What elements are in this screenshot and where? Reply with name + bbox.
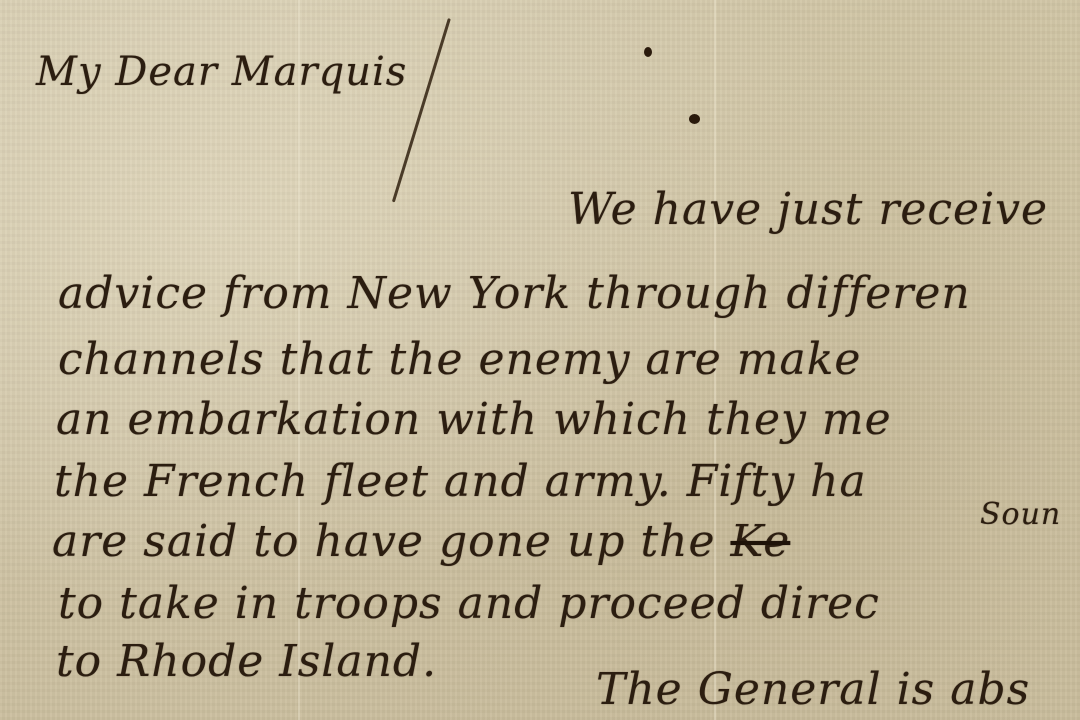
letter-line-7: to take in troops and proceed direc: [58, 582, 880, 626]
letter-page: My Dear Marquis We have just receive adv…: [0, 0, 1080, 720]
struck-through-word: Ke: [731, 516, 791, 567]
ink-spot: [644, 47, 652, 57]
letter-line-6: are said to have gone up the Ke: [52, 520, 790, 564]
interlinear-insertion: Soun: [980, 500, 1061, 530]
salutation: My Dear Marquis: [36, 52, 407, 92]
letter-line-1: We have just receive: [568, 188, 1048, 232]
letter-line-8: to Rhode Island.: [56, 640, 437, 684]
letter-line-5: the French fleet and army. Fifty ha: [54, 460, 867, 504]
letter-line-9: The General is abs: [596, 668, 1030, 712]
letter-line-3: channels that the enemy are make: [58, 338, 861, 382]
letter-line-6-text: are said to have gone up the: [52, 516, 716, 567]
letter-line-4: an embarkation with which they me: [56, 398, 892, 442]
diagonal-slash-mark: [392, 18, 451, 202]
ink-spot: [689, 114, 700, 124]
letter-line-2: advice from New York through differen: [58, 272, 971, 316]
